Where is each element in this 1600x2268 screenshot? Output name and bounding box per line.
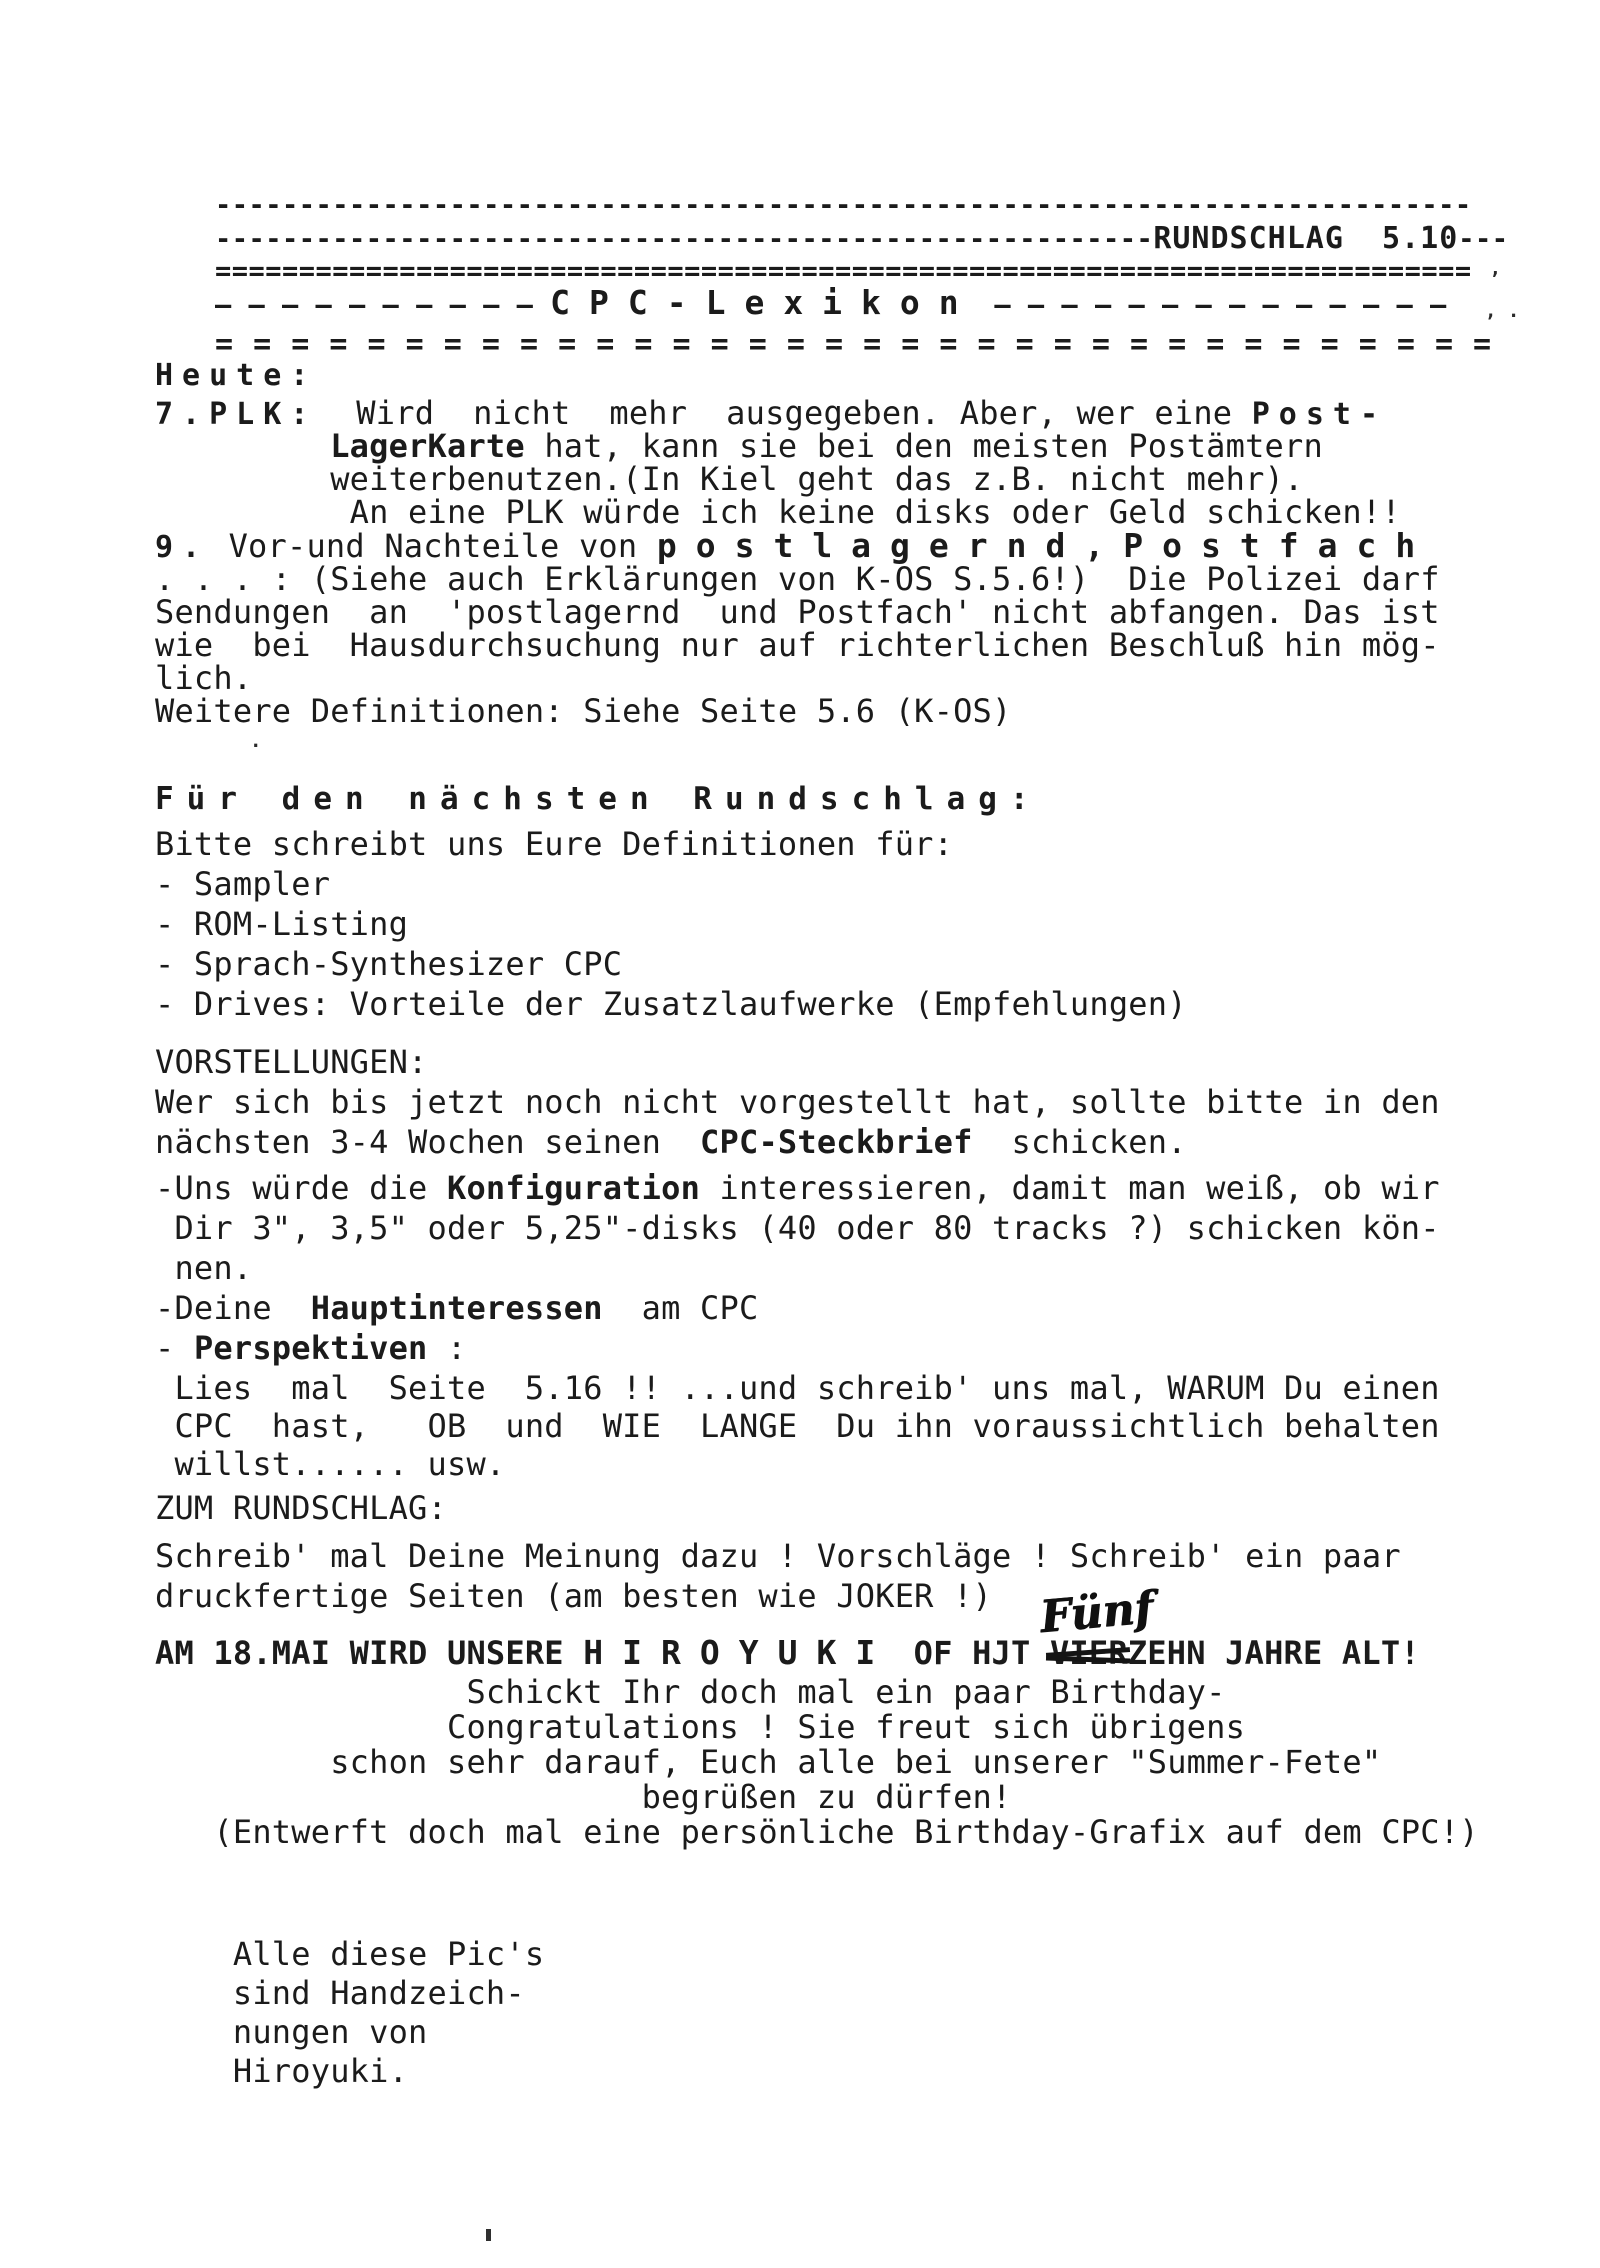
correction-group: VIERFünf — [1050, 1637, 1128, 1669]
line-pics-1: Alle diese Pic's — [155, 1938, 544, 1970]
list-item-rom-listing: - ROM-Listing — [155, 908, 408, 940]
line-pics-2: sind Handzeich- — [155, 1977, 525, 2009]
line-entwerft: (Entwerft doch mal eine persönliche Birt… — [155, 1816, 1479, 1848]
text-segment: — — — — — — — — — — — [215, 290, 550, 321]
subsection-heading: ZUM RUNDSCHLAG: — [155, 1489, 447, 1527]
text-segment: AM 18.MAI WIRD UNSERE — [155, 1634, 583, 1672]
text-segment: sind Handzeich- — [155, 1974, 525, 2012]
line-plk-4: An eine PLK würde ich keine disks oder G… — [155, 496, 1401, 528]
text-segment: — — — — — — — — — — — — — — — [978, 290, 1447, 321]
section-title: CPC-Lexikon — [550, 283, 978, 322]
line-nen: nen. — [155, 1252, 252, 1284]
line-plk-2: LagerKarte hat, kann sie bei den meisten… — [155, 430, 1323, 462]
text-segment: Wer sich bis jetzt noch nicht vorgestell… — [155, 1083, 1440, 1121]
line-lies: Lies mal Seite 5.16 !! ...und schreib' u… — [155, 1372, 1440, 1404]
text-segment: --- — [1458, 224, 1508, 255]
line-birthday: AM 18.MAI WIRD UNSERE HIROYUKI OF HJT VI… — [155, 1636, 1420, 1669]
text-segment: OF HJT — [894, 1634, 1050, 1672]
scanned-page: ----------------------------------------… — [0, 0, 1600, 2268]
line-weitere: Weitere Definitionen: Siehe Seite 5.6 (K… — [155, 695, 1012, 727]
line-plk-1: 7.PLK: Wird nicht mehr ausgegeben. Aber,… — [155, 397, 1387, 430]
text-segment: - — [155, 1329, 194, 1367]
rule-header: ----------------------------------------… — [215, 224, 1509, 254]
text-segment: Lies mal Seite 5.16 !! ...und schreib' u… — [155, 1369, 1440, 1407]
text-segment: willst...... usw. — [155, 1445, 505, 1483]
text-segment: nen. — [155, 1249, 252, 1287]
line-wer-sich: Wer sich bis jetzt noch nicht vorgestell… — [155, 1086, 1440, 1118]
next-rundschlag-heading: Für den nächsten Rundschlag: — [155, 782, 1042, 815]
text-segment: - Sampler — [155, 865, 330, 903]
line-lich: lich. — [155, 662, 252, 694]
term-konfiguration: Konfiguration — [447, 1169, 700, 1207]
text-segment: druckfertige Seiten (am besten wie JOKER… — [155, 1577, 992, 1615]
term-steckbrief: CPC-Steckbrief — [700, 1123, 973, 1161]
text-segment: schicken. — [973, 1123, 1187, 1161]
line-hausdurchsuchung: wie bei Hausdurchsuchung nur auf richter… — [155, 629, 1440, 661]
line-pics-3: nungen von — [155, 2016, 428, 2048]
line-disks: Dir 3", 3,5" oder 5,25"-disks (40 oder 8… — [155, 1212, 1440, 1244]
text-segment: wie bei Hausdurchsuchung nur auf richter… — [155, 626, 1440, 664]
text-segment: Hiroyuki. — [155, 2052, 408, 2090]
text-segment: -Uns würde die — [155, 1169, 447, 1207]
text-segment: Schreib' mal Deine Meinung dazu ! Vorsch… — [155, 1537, 1401, 1575]
text-segment: begrüßen zu dürfen! — [155, 1778, 1012, 1816]
text-segment: schon sehr darauf, Euch alle bei unserer… — [155, 1743, 1381, 1781]
text-segment: - Sprach-Synthesizer CPC — [155, 945, 622, 983]
text-segment: am CPC — [603, 1289, 759, 1327]
newsletter-title: RUNDSCHLAG 5.10 — [1153, 221, 1458, 256]
handwritten-correction: Fünf — [1038, 1586, 1155, 1640]
stray-speck — [486, 2229, 491, 2241]
subsection-heading: Für den nächsten Rundschlag: — [155, 781, 1042, 817]
heute-heading: Heute: — [155, 358, 317, 391]
corrected-word: VIER — [1050, 1637, 1128, 1669]
line-steckbrief: nächsten 3-4 Wochen seinen CPC-Steckbrie… — [155, 1126, 1187, 1158]
rule-equals-spaced: = = = = = = = = = = = = = = = = = = = = … — [215, 330, 1492, 360]
text-segment: - Drives: Vorteile der Zusatzlaufwerke (… — [155, 985, 1187, 1023]
stray-comma-mark: , . — [1485, 300, 1519, 322]
text-segment: Dir 3", 3,5" oder 5,25"-disks (40 oder 8… — [155, 1209, 1440, 1247]
vorstellungen-heading: VORSTELLUNGEN: — [155, 1046, 428, 1078]
text-segment: ----------------------------------------… — [215, 224, 1153, 255]
text-segment: ZEHN JAHRE ALT! — [1128, 1634, 1420, 1672]
text-segment: Bitte schreibt uns Eure Definitionen für… — [155, 825, 953, 863]
line-bitte: Bitte schreibt uns Eure Definitionen für… — [155, 828, 953, 860]
lexikon-header: — — — — — — — — — — CPC-Lexikon — — — — … — [215, 286, 1447, 319]
line-plk-3: weiterbenutzen.(In Kiel geht das z.B. ni… — [155, 463, 1303, 495]
line-konfiguration: -Uns würde die Konfiguration interessier… — [155, 1172, 1440, 1204]
line-schickt: Schickt Ihr doch mal ein paar Birthday- — [155, 1676, 1226, 1708]
member-name: HIROYUKI — [583, 1633, 894, 1672]
text-segment: interessieren, damit man weiß, ob wir — [700, 1169, 1440, 1207]
subsection-heading: VORSTELLUNGEN: — [155, 1043, 428, 1081]
list-item-sampler: - Sampler — [155, 868, 330, 900]
text-segment: (Entwerft doch mal eine persönliche Birt… — [155, 1813, 1479, 1851]
text-segment: ----------------------------------------… — [215, 190, 1472, 221]
text-segment: nächsten 3-4 Wochen seinen — [155, 1123, 700, 1161]
line-pics-4: Hiroyuki. — [155, 2055, 408, 2087]
line-congratulations: Congratulations ! Sie freut sich übrigen… — [155, 1711, 1245, 1743]
line-siehe: . . . : (Siehe auch Erklärungen von K-OS… — [155, 563, 1440, 595]
term-perspektiven: Perspektiven — [194, 1329, 428, 1367]
list-item-drives: - Drives: Vorteile der Zusatzlaufwerke (… — [155, 988, 1187, 1020]
stray-apostrophe-mark: ’ — [1489, 268, 1500, 290]
text-segment: = = = = = = = = = = = = = = = = = = = = … — [215, 327, 1492, 362]
text-segment: Weitere Definitionen: Siehe Seite 5.6 (K… — [155, 692, 1012, 730]
text-segment: Alle diese Pic's — [155, 1935, 544, 1973]
line-hauptinteressen: -Deine Hauptinteressen am CPC — [155, 1292, 758, 1324]
line-cpc-hast: CPC hast, OB und WIE LANGE Du ihn voraus… — [155, 1410, 1440, 1442]
line-begruessen: begrüßen zu dürfen! — [155, 1781, 1012, 1813]
text-segment: CPC hast, OB und WIE LANGE Du ihn voraus… — [155, 1407, 1440, 1445]
list-item-sprach-synthesizer: - Sprach-Synthesizer CPC — [155, 948, 622, 980]
line-postlagernd: 9. Vor-und Nachteile von postlagernd,Pos… — [155, 529, 1434, 563]
text-segment: Congratulations ! Sie freut sich übrigen… — [155, 1708, 1245, 1746]
line-druckfertige: druckfertige Seiten (am besten wie JOKER… — [155, 1580, 992, 1612]
zum-rundschlag-heading: ZUM RUNDSCHLAG: — [155, 1492, 447, 1524]
line-schreib: Schreib' mal Deine Meinung dazu ! Vorsch… — [155, 1540, 1401, 1572]
rule-equals-top: ========================================… — [215, 258, 1472, 285]
line-willst: willst...... usw. — [155, 1448, 505, 1480]
text-segment: Schickt Ihr doch mal ein paar Birthday- — [155, 1673, 1226, 1711]
text-segment: -Deine — [155, 1289, 311, 1327]
stray-dot-mark: . — [250, 730, 261, 752]
term-hauptinteressen: Hauptinteressen — [311, 1289, 603, 1327]
line-perspektiven: - Perspektiven : — [155, 1332, 466, 1364]
subsection-heading: Heute: — [155, 358, 317, 393]
text-segment: : — [428, 1329, 467, 1367]
text-segment: nungen von — [155, 2013, 428, 2051]
text-segment: - ROM-Listing — [155, 905, 408, 943]
rule-dashes-top: ----------------------------------------… — [215, 192, 1472, 219]
line-sendungen: Sendungen an 'postlagernd und Postfach' … — [155, 596, 1440, 628]
line-summer-fete: schon sehr darauf, Euch alle bei unserer… — [155, 1746, 1381, 1778]
